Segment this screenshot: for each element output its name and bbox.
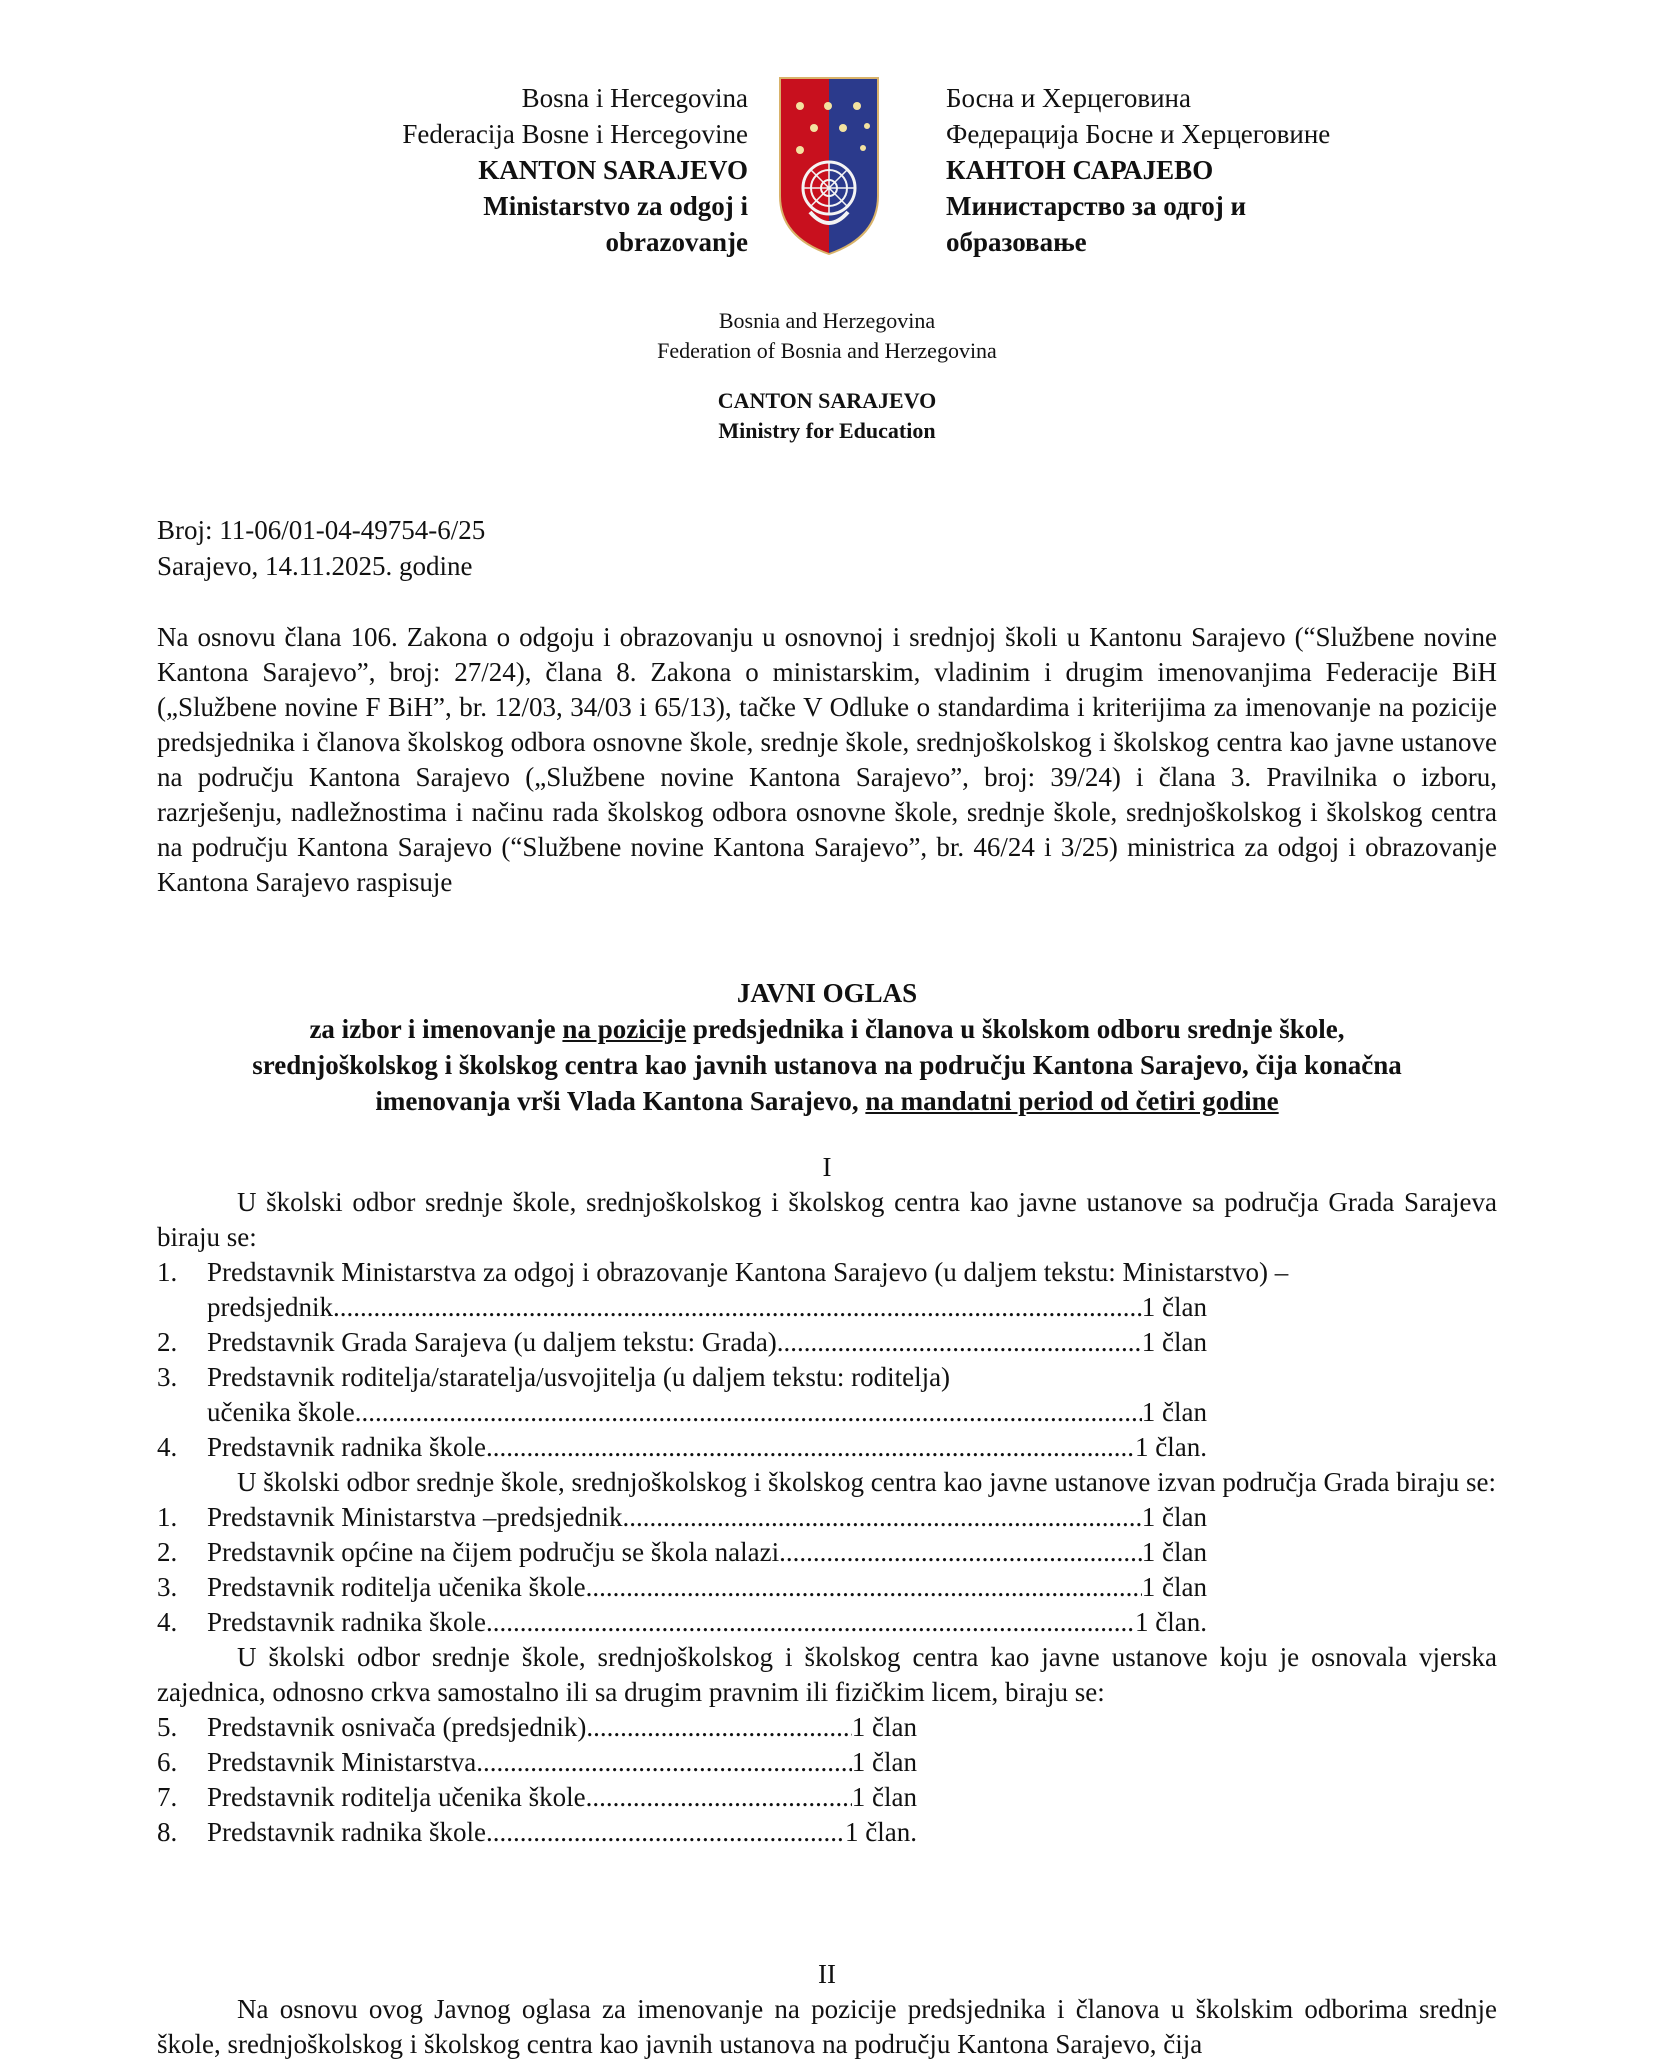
group-intro: U školski odbor srednje škole, srednjošk…	[157, 1465, 1497, 1500]
header-right-block: Босна и Херцеговина Федерација Босне и Х…	[946, 80, 1446, 260]
member-count: 1 član	[1142, 1570, 1207, 1605]
header-english-ministry: Ministry for Education	[500, 416, 1154, 446]
document-title: JAVNI OGLAS	[157, 975, 1497, 1011]
list-item-number: 3.	[157, 1360, 207, 1430]
member-count: 1 član	[1142, 1325, 1207, 1360]
member-count: 1 član.	[1135, 1430, 1207, 1465]
dotted-leader: ........................................…	[779, 1535, 1142, 1570]
section-2-paragraph: Na osnovu ovog Javnog oglasa za imenovan…	[157, 1992, 1497, 2062]
document-subtitle-line1: za izbor i imenovanje na pozicije predsj…	[157, 1011, 1497, 1047]
dotted-leader: ........................................…	[486, 1815, 845, 1850]
dotted-leader: ........................................…	[333, 1290, 1142, 1325]
list-item: 7.Predstavnik roditelja učenika škole ..…	[157, 1780, 1497, 1815]
header-english-federation: Federation of Bosnia and Herzegovina	[500, 336, 1154, 366]
header-left-ministry-1: Ministarstvo za odgoj i	[300, 188, 748, 224]
header-right-canton: КАНТОН САРАЈЕВО	[946, 152, 1446, 188]
reference-date: Sarajevo, 14.11.2025. godine	[157, 548, 485, 584]
header-left-federation: Federacija Bosne i Hercegovine	[300, 116, 748, 152]
header-english-canton: CANTON SARAJEVO	[500, 386, 1154, 416]
member-count: 1 član	[852, 1780, 917, 1815]
list-item: 4.Predstavnik radnika škole.............…	[157, 1605, 1497, 1640]
list-item-text: Predstavnik Ministarstva za odgoj i obra…	[207, 1255, 1497, 1290]
document-subtitle-line2: srednjoškolskog i školskog centra kao ja…	[157, 1047, 1497, 1083]
header-right-country: Босна и Херцеговина	[946, 80, 1446, 116]
list-item-label: Predstavnik radnika škole	[207, 1815, 486, 1850]
list-item-label: Predstavnik radnika škole	[207, 1605, 486, 1640]
list-item-label: Predstavnik roditelja učenika škole	[207, 1780, 586, 1815]
dotted-leader: ........................................…	[777, 1325, 1142, 1360]
reference-number-label: Broj:	[157, 515, 213, 545]
list-item-label: Predstavnik Ministarstva	[207, 1745, 476, 1780]
list-item: 3.Predstavnik roditelja učenika škole ..…	[157, 1570, 1497, 1605]
canton-sarajevo-coat-of-arms-icon	[778, 76, 880, 256]
document-title-block: JAVNI OGLAS za izbor i imenovanje na poz…	[157, 975, 1497, 1119]
member-count: 1 član.	[845, 1815, 917, 1850]
list-item: 2.Predstavnik općine na čijem području s…	[157, 1535, 1497, 1570]
list-item-number: 7.	[157, 1780, 207, 1815]
header-left-canton: KANTON SARAJEVO	[300, 152, 748, 188]
list-item-number: 1.	[157, 1255, 207, 1325]
member-list: 1.Predstavnik Ministarstva za odgoj i ob…	[157, 1255, 1497, 1465]
member-count: 1 član	[1142, 1500, 1207, 1535]
group-intro: U školski odbor srednje škole, srednjošk…	[157, 1185, 1497, 1255]
section-1-body: U školski odbor srednje škole, srednjošk…	[157, 1185, 1497, 1850]
list-item: 4.Predstavnik radnika škole.............…	[157, 1430, 1497, 1465]
list-item: 3.Predstavnik roditelja/staratelja/usvoj…	[157, 1360, 1497, 1430]
list-item: 5.Predstavnik osnivača (predsjednik)....…	[157, 1710, 1497, 1745]
section-2-heading: II	[157, 1957, 1497, 1992]
section-1-heading: I	[157, 1150, 1497, 1185]
reference-number: 11-06/01-04-49754-6/25	[219, 515, 485, 545]
list-item: 8.Predstavnik radnika škole.............…	[157, 1815, 1497, 1850]
dotted-leader: ........................................…	[476, 1745, 852, 1780]
list-item-number: 8.	[157, 1815, 207, 1850]
list-item-label: Predstavnik roditelja učenika škole	[207, 1570, 586, 1605]
dotted-leader: ........................................…	[586, 1570, 1142, 1605]
list-item-label: Predstavnik radnika škole	[207, 1430, 486, 1465]
dotted-leader: ........................................…	[622, 1500, 1141, 1535]
list-item-label: Predstavnik Ministarstva –predsjednik	[207, 1500, 622, 1535]
list-item-number: 1.	[157, 1500, 207, 1535]
dotted-leader: ........................................…	[486, 1605, 1135, 1640]
list-item-number: 4.	[157, 1430, 207, 1465]
list-item-number: 6.	[157, 1745, 207, 1780]
list-item-label: učenika škole	[207, 1395, 355, 1430]
list-item-number: 5.	[157, 1710, 207, 1745]
document-subtitle-line3: imenovanja vrši Vlada Kantona Sarajevo, …	[157, 1083, 1497, 1119]
member-count: 1 član.	[1135, 1605, 1207, 1640]
dotted-leader: ........................................…	[586, 1710, 851, 1745]
list-item-number: 2.	[157, 1325, 207, 1360]
list-item-number: 4.	[157, 1605, 207, 1640]
dotted-leader: ........................................…	[486, 1430, 1135, 1465]
header-right-ministry-1: Министарство за одгој и	[946, 188, 1446, 224]
list-item-label: Predstavnik osnivača (predsjednik)	[207, 1710, 586, 1745]
header-english-country: Bosnia and Herzegovina	[500, 306, 1154, 336]
header-left-country: Bosna i Hercegovina	[300, 80, 748, 116]
member-count: 1 član	[852, 1710, 917, 1745]
reference-block: Broj: 11-06/01-04-49754-6/25 Sarajevo, 1…	[157, 512, 485, 584]
group-intro: U školski odbor srednje škole, srednjošk…	[157, 1640, 1497, 1710]
list-item-number: 2.	[157, 1535, 207, 1570]
underlined-mandate-period: na mandatni period od četiri godine	[865, 1086, 1278, 1116]
header-right-ministry-2: образовање	[946, 224, 1446, 260]
header-left-block: Bosna i Hercegovina Federacija Bosne i H…	[300, 80, 748, 260]
list-item: 6.Predstavnik Ministarstva .............…	[157, 1745, 1497, 1780]
list-item: 1.Predstavnik Ministarstva za odgoj i ob…	[157, 1255, 1497, 1325]
header-right-federation: Федерација Босне и Херцеговине	[946, 116, 1446, 152]
header-left-ministry-2: obrazovanje	[300, 224, 748, 260]
member-count: 1 član	[1142, 1535, 1207, 1570]
member-list: 5.Predstavnik osnivača (predsjednik)....…	[157, 1710, 1497, 1850]
list-item: 2.Predstavnik Grada Sarajeva (u daljem t…	[157, 1325, 1497, 1360]
list-item-label: predsjednik	[207, 1290, 333, 1325]
dotted-leader: ........................................…	[355, 1395, 1142, 1430]
member-count: 1 član	[1142, 1395, 1207, 1430]
member-list: 1.Predstavnik Ministarstva –predsjednik …	[157, 1500, 1497, 1640]
dotted-leader: ........................................…	[586, 1780, 852, 1815]
member-count: 1 član	[852, 1745, 917, 1780]
preamble-paragraph: Na osnovu člana 106. Zakona o odgoju i o…	[157, 620, 1497, 900]
header-english-block: Bosnia and Herzegovina Federation of Bos…	[500, 306, 1154, 446]
list-item-text: Predstavnik roditelja/staratelja/usvojit…	[207, 1360, 1497, 1395]
member-count: 1 član	[1142, 1290, 1207, 1325]
list-item: 1.Predstavnik Ministarstva –predsjednik …	[157, 1500, 1497, 1535]
list-item-label: Predstavnik Grada Sarajeva (u daljem tek…	[207, 1325, 777, 1360]
underlined-positions: na pozicije	[562, 1014, 686, 1044]
list-item-label: Predstavnik općine na čijem području se …	[207, 1535, 779, 1570]
list-item-number: 3.	[157, 1570, 207, 1605]
